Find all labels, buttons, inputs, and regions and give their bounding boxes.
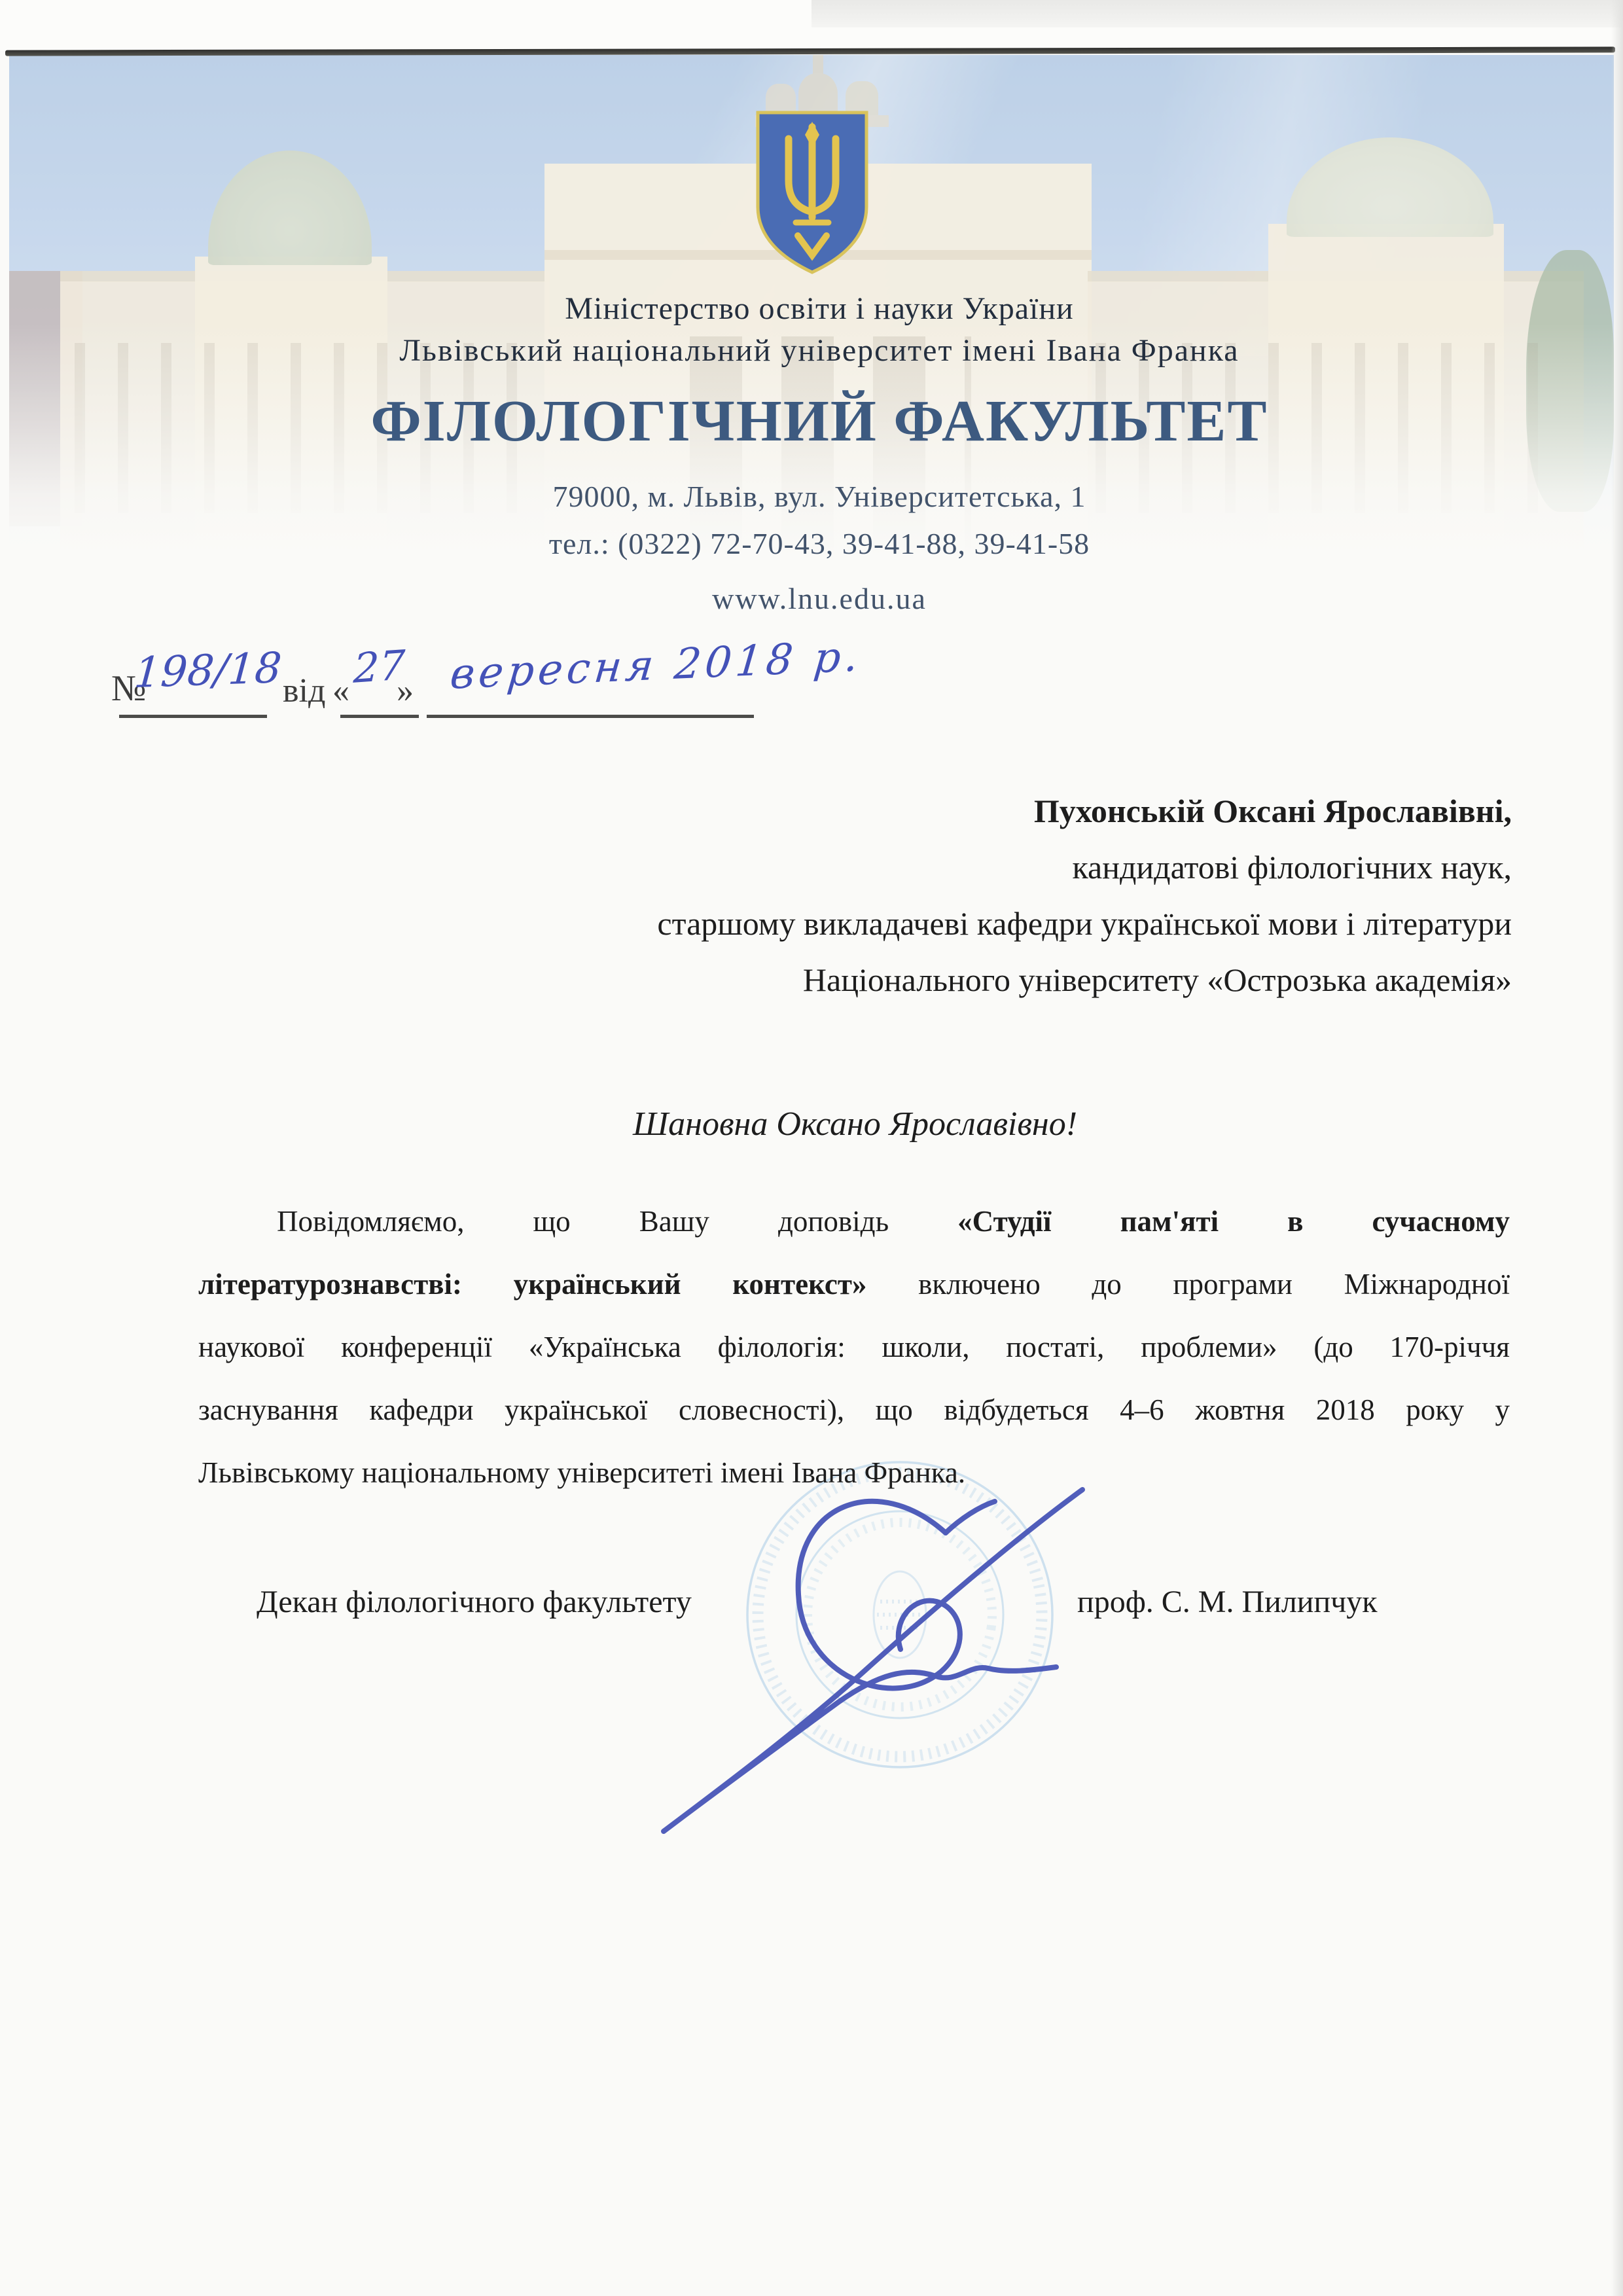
open-quote: « xyxy=(332,672,349,710)
handwritten-number: 198/18 xyxy=(132,644,283,698)
body-line-2-regular: включено до програми Міжнародної xyxy=(918,1268,1510,1300)
scanner-top-shade xyxy=(811,0,1623,27)
dean-name: проф. С. М. Пилипчук xyxy=(1077,1584,1378,1620)
address-line: 79000, м. Львів, вул. Університетська, 1 xyxy=(16,479,1623,514)
body-line-1-regular: Повідомляємо, що Вашу доповідь xyxy=(277,1205,889,1238)
number-underline xyxy=(119,715,267,718)
phone-line: тел.: (0322) 72-70-43, 39-41-88, 39-41-5… xyxy=(16,526,1623,561)
body-line-2-bold: літературознавстві: український контекст… xyxy=(198,1268,866,1300)
faculty-title: ФІЛОЛОГІЧНИЙ ФАКУЛЬТЕТ xyxy=(16,387,1623,455)
body-line-1: Повідомляємо, що Вашу доповідь «Студії п… xyxy=(198,1190,1510,1253)
recipient-position: старшому викладачеві кафедри української… xyxy=(198,895,1512,952)
body-paragraph: Повідомляємо, що Вашу доповідь «Студії п… xyxy=(198,1190,1510,1504)
ministry-line: Міністерство освіти і науки України xyxy=(16,291,1623,327)
day-underline xyxy=(340,715,419,718)
body-line-1-bold: «Студії пам'яті в сучасному xyxy=(957,1205,1510,1238)
body-line-4: заснування кафедри української словеснос… xyxy=(198,1378,1510,1441)
salutation: Шановна Оксано Ярославівно! xyxy=(198,1105,1512,1143)
dean-title: Декан філологічного факультету xyxy=(257,1584,692,1620)
dean-signature-icon xyxy=(648,1460,1106,1852)
body-line-3: наукової конференції «Українська філолог… xyxy=(198,1316,1510,1378)
from-label: від xyxy=(283,672,325,710)
recipient-university: Національного університету «Острозька ак… xyxy=(198,952,1512,1008)
handwritten-day: 27 xyxy=(353,641,406,692)
date-underline xyxy=(427,715,754,718)
ukraine-trident-coat-of-arms-icon xyxy=(750,107,874,279)
university-line: Львівський національний університет імен… xyxy=(16,332,1623,368)
body-line-2: літературознавстві: український контекст… xyxy=(198,1253,1510,1316)
recipient-block: Пухонській Оксані Ярославівні, кандидато… xyxy=(198,783,1512,1008)
recipient-name: Пухонській Оксані Ярославівні, xyxy=(198,783,1512,839)
handwritten-date: вересня 2018 р. xyxy=(448,632,865,699)
scanned-letter-page: Міністерство освіти і науки України Льві… xyxy=(0,0,1623,2296)
recipient-degree: кандидатові філологічних наук, xyxy=(198,839,1512,895)
scanner-right-edge xyxy=(1611,0,1623,2296)
website-line: www.lnu.edu.ua xyxy=(16,581,1623,616)
